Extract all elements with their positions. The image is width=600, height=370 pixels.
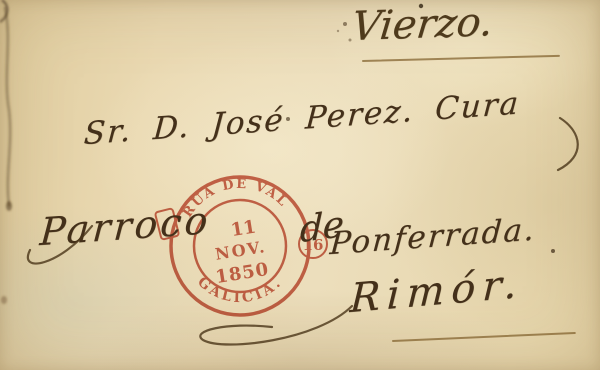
address-salutation: Sr. D. José Perez. Cura (83, 85, 522, 152)
stamp-day: 11 (229, 216, 257, 241)
village-underline (392, 332, 576, 342)
address-village: Rimór. (349, 261, 525, 323)
letter-cover: RUA DE VAL GALICIA. 11 NOV. 1850 16 Vier… (0, 0, 600, 370)
cura-closing-flourish (558, 118, 578, 170)
address-town: Ponferrada. (329, 211, 537, 262)
postmark-stamp: RUA DE VAL GALICIA. 11 NOV. 1850 16 (166, 172, 314, 320)
stamp-year: 1850 (214, 259, 271, 288)
docket-note: Vierzo. (350, 0, 496, 50)
edge-ink-smudges (0, 0, 12, 304)
docket-underline (362, 55, 560, 62)
